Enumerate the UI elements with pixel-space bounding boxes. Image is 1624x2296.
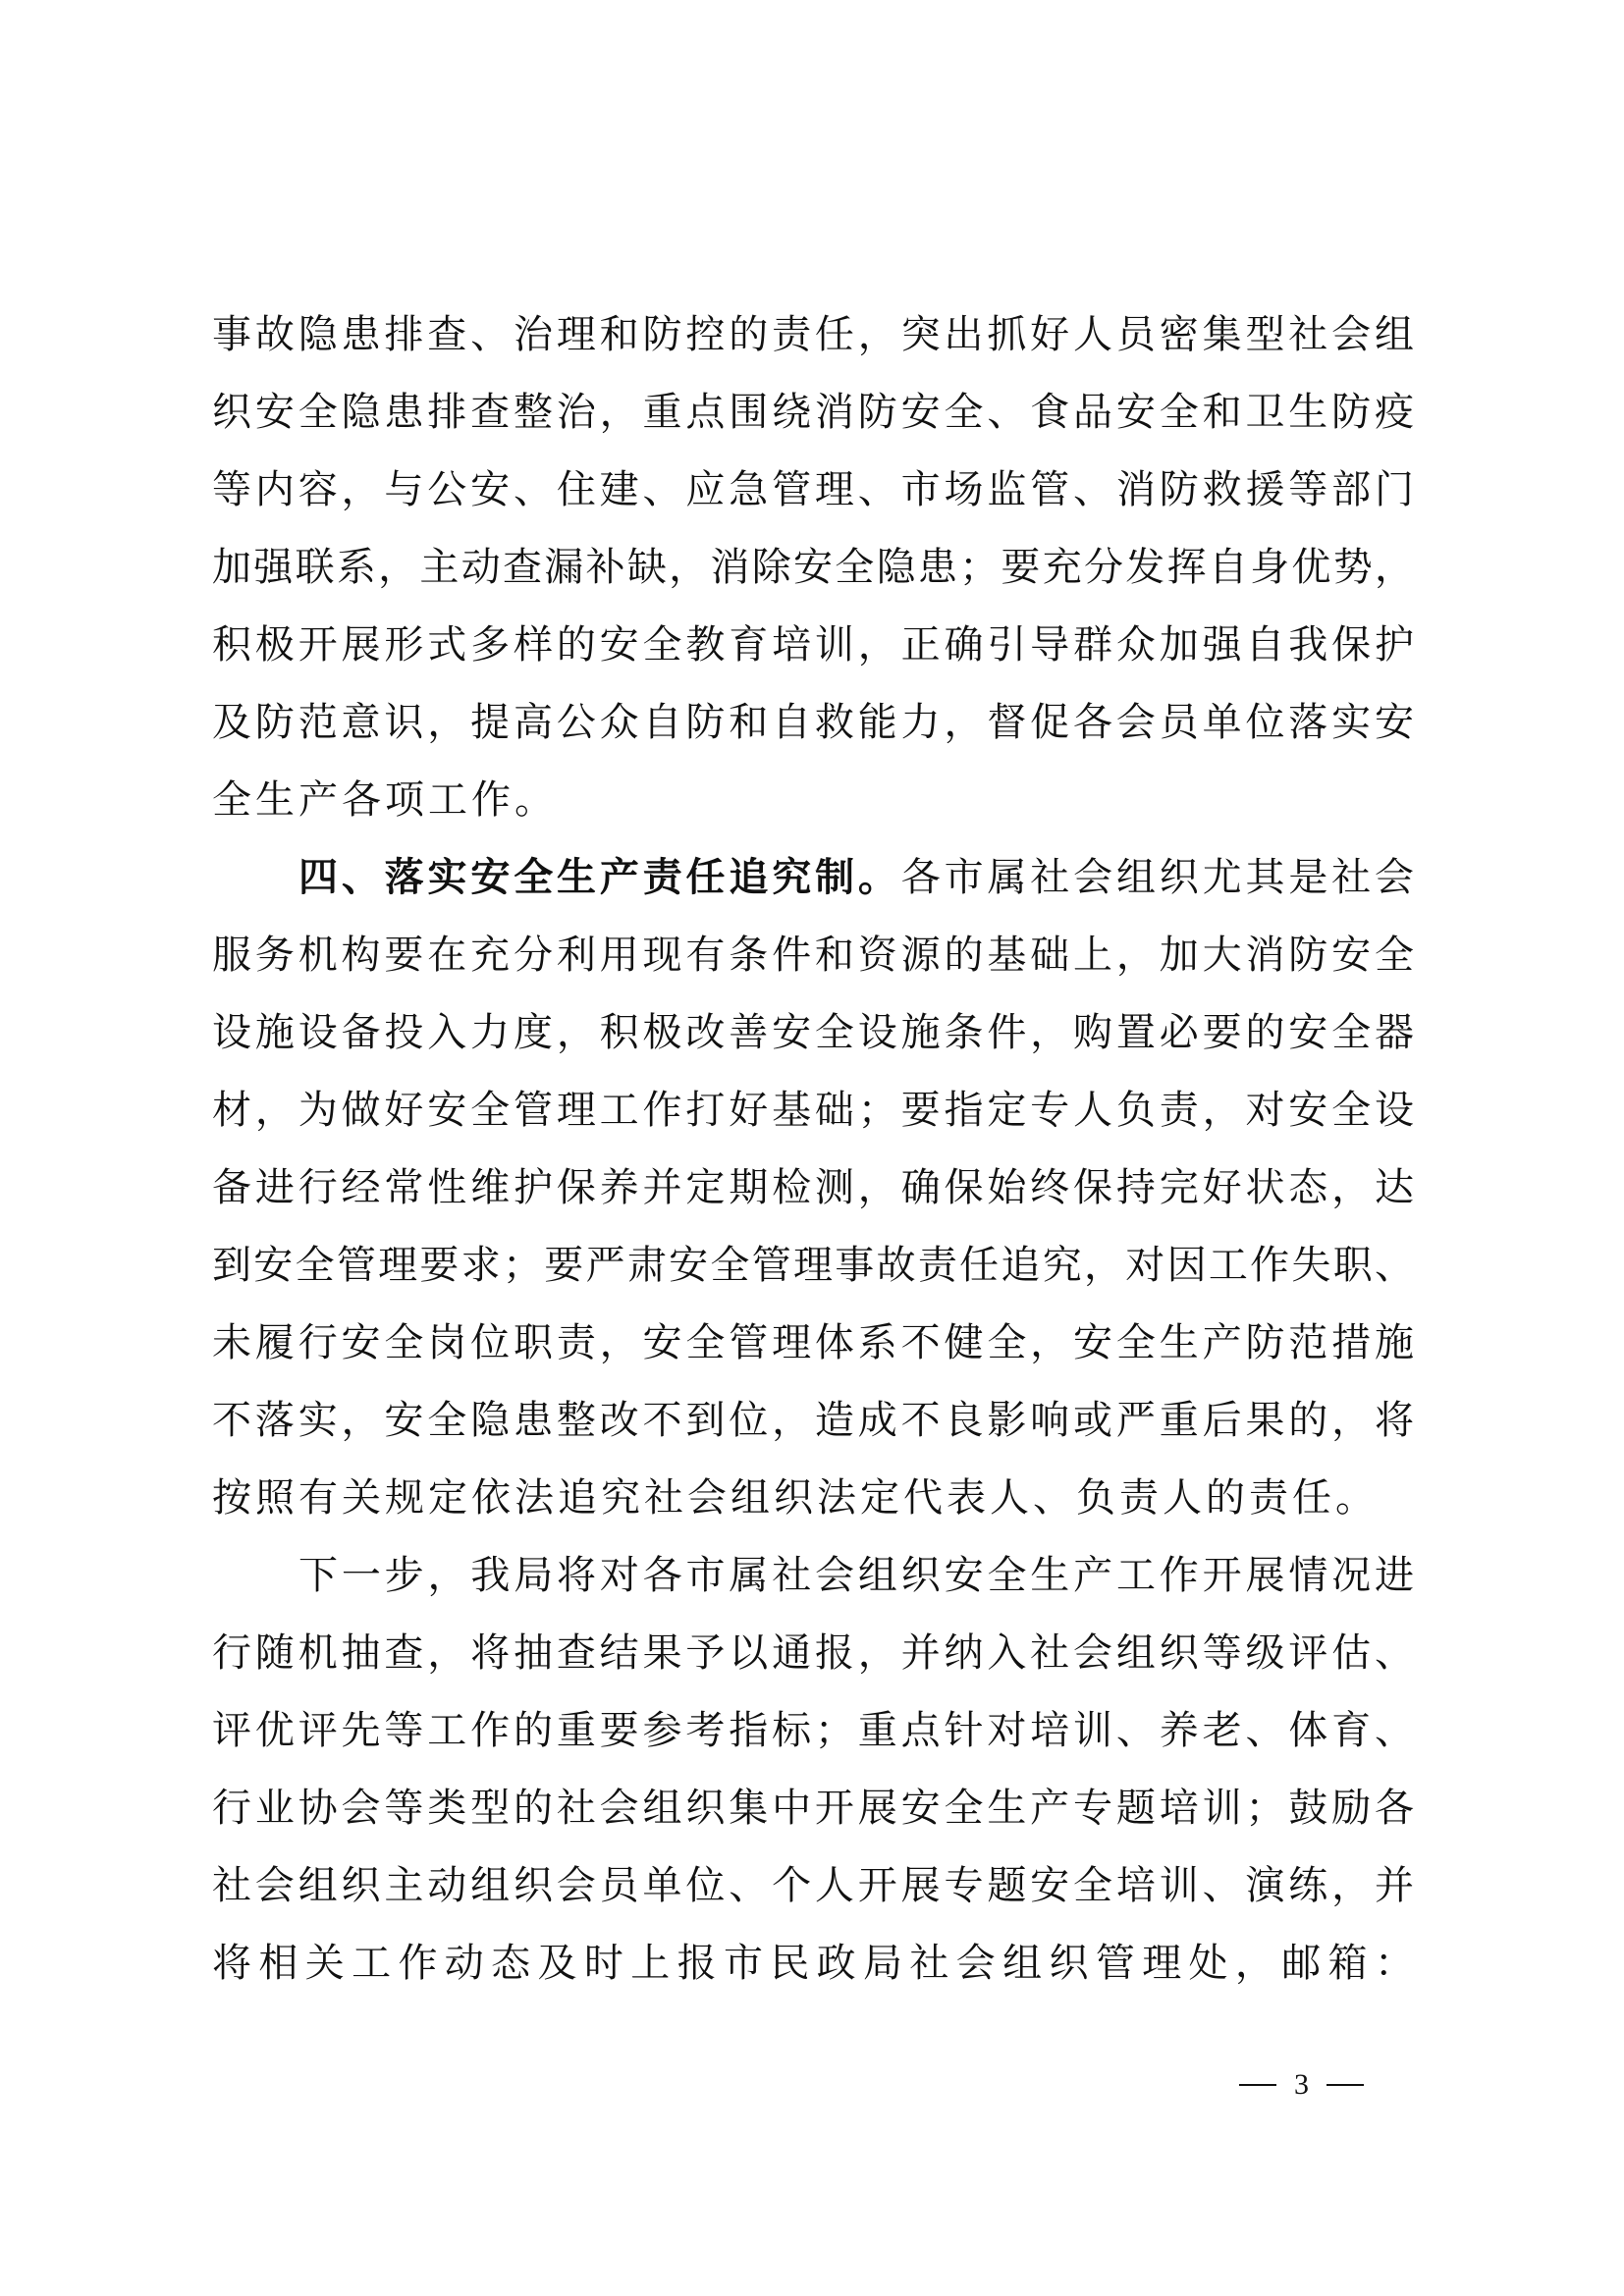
- text-line: 加强联系，主动查漏补缺，消除安全隐患；要充分发挥自身优势，: [212, 529, 1414, 607]
- text-line: 行业协会等类型的社会组织集中开展安全生产专题培训；鼓励各: [212, 1770, 1414, 1847]
- text-line: 将相关工作动态及时上报市民政局社会组织管理处，邮箱：: [212, 1925, 1414, 2002]
- section-heading: 四、落实安全生产责任追究制。: [298, 855, 901, 900]
- text-line-rest: 各市属社会组织尤其是社会: [901, 855, 1414, 900]
- page-number-value: 3: [1294, 2065, 1309, 2105]
- document-page: 事故隐患排查、治理和防控的责任，突出抓好人员密集型社会组 织安全隐患排查整治，重…: [0, 0, 1624, 2296]
- text-line: 下一步，我局将对各市属社会组织安全生产工作开展情况进: [212, 1537, 1414, 1615]
- text-line: 全生产各项工作。: [212, 762, 1414, 839]
- paragraph-continuation: 事故隐患排查、治理和防控的责任，突出抓好人员密集型社会组 织安全隐患排查整治，重…: [212, 296, 1414, 839]
- paragraph-next-steps: 下一步，我局将对各市属社会组织安全生产工作开展情况进 行随机抽查，将抽查结果予以…: [212, 1537, 1414, 2002]
- text-line: 服务机构要在充分利用现有条件和资源的基础上，加大消防安全: [212, 917, 1414, 994]
- text-line: 按照有关规定依法追究社会组织法定代表人、负责人的责任。: [212, 1460, 1414, 1537]
- text-line: 备进行经常性维护保养并定期检测，确保始终保持完好状态，达: [212, 1149, 1414, 1227]
- text-line: 不落实，安全隐患整改不到位，造成不良影响或严重后果的，将: [212, 1382, 1414, 1460]
- dash-right: [1326, 2084, 1364, 2086]
- text-line: 积极开展形式多样的安全教育培训，正确引导群众加强自我保护: [212, 607, 1414, 684]
- paragraph-section-four: 四、落实安全生产责任追究制。各市属社会组织尤其是社会 服务机构要在充分利用现有条…: [212, 839, 1414, 1537]
- body-text: 事故隐患排查、治理和防控的责任，突出抓好人员密集型社会组 织安全隐患排查整治，重…: [212, 296, 1414, 2002]
- text-line: 社会组织主动组织会员单位、个人开展专题安全培训、演练，并: [212, 1847, 1414, 1925]
- section-heading-line: 四、落实安全生产责任追究制。各市属社会组织尤其是社会: [212, 839, 1414, 917]
- text-line: 设施设备投入力度，积极改善安全设施条件，购置必要的安全器: [212, 994, 1414, 1072]
- text-line: 材，为做好安全管理工作打好基础；要指定专人负责，对安全设: [212, 1072, 1414, 1149]
- text-line: 及防范意识，提高公众自防和自救能力，督促各会员单位落实安: [212, 684, 1414, 762]
- text-line: 事故隐患排查、治理和防控的责任，突出抓好人员密集型社会组: [212, 296, 1414, 374]
- page-number: 3: [1239, 2065, 1364, 2105]
- text-line: 到安全管理要求；要严肃安全管理事故责任追究，对因工作失职、: [212, 1227, 1414, 1305]
- text-line: 未履行安全岗位职责，安全管理体系不健全，安全生产防范措施: [212, 1305, 1414, 1382]
- text-line: 等内容，与公安、住建、应急管理、市场监管、消防救援等部门: [212, 452, 1414, 529]
- text-line: 评优评先等工作的重要参考指标；重点针对培训、养老、体育、: [212, 1692, 1414, 1770]
- text-line: 行随机抽查，将抽查结果予以通报，并纳入社会组织等级评估、: [212, 1615, 1414, 1692]
- text-line: 织安全隐患排查整治，重点围绕消防安全、食品安全和卫生防疫: [212, 374, 1414, 452]
- dash-left: [1239, 2084, 1276, 2086]
